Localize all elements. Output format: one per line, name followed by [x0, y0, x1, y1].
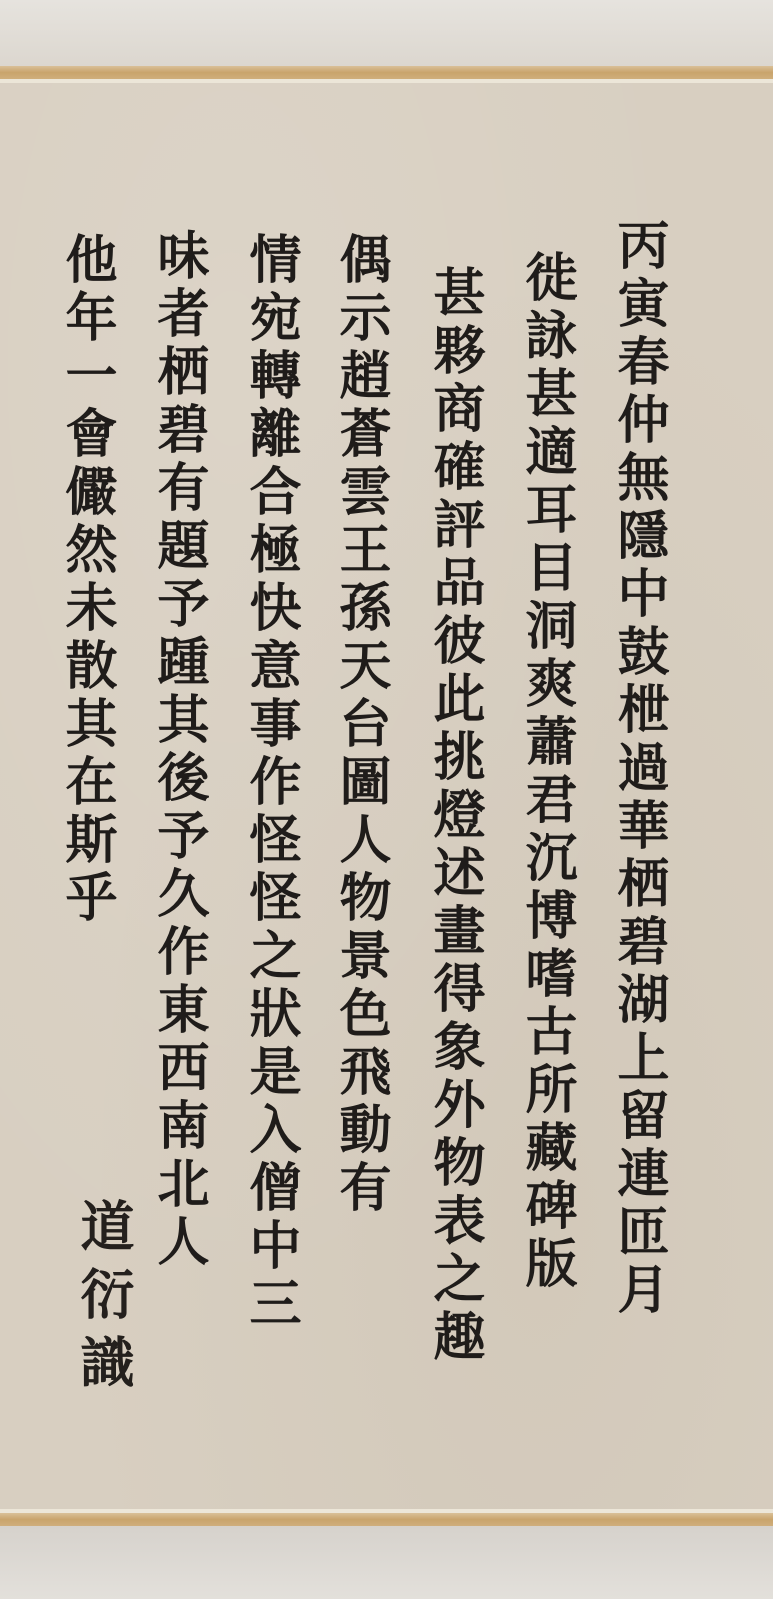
- mount-bottom-border: [0, 1526, 773, 1599]
- text-column-4: 偶示趙蒼雲王孫天台圖人物景色飛動有: [334, 232, 386, 1218]
- signature: 道衍識: [66, 1198, 143, 1402]
- text-column-6: 味者栖碧有題予踵其後予久作東西南北人: [152, 228, 204, 1272]
- text-column-2: 徙詠甚適耳目洞爽蕭君沉博嗜古所藏碑版: [520, 250, 572, 1294]
- text-column-5: 情宛轉離合極快意事作怪怪之狀是入僧中三: [244, 232, 296, 1334]
- mount-top-border: [0, 0, 773, 66]
- gold-border-band-bottom: [0, 1513, 773, 1526]
- gold-border-band-top: [0, 66, 773, 79]
- text-column-3: 甚夥商確評品彼此挑燈述畫得象外物表之趣: [428, 265, 480, 1367]
- text-column-7: 他年一會儼然未散其在斯乎: [60, 232, 112, 928]
- text-column-1: 丙寅春仲無隱中鼓枻過華栖碧湖上留連匝月: [612, 218, 664, 1320]
